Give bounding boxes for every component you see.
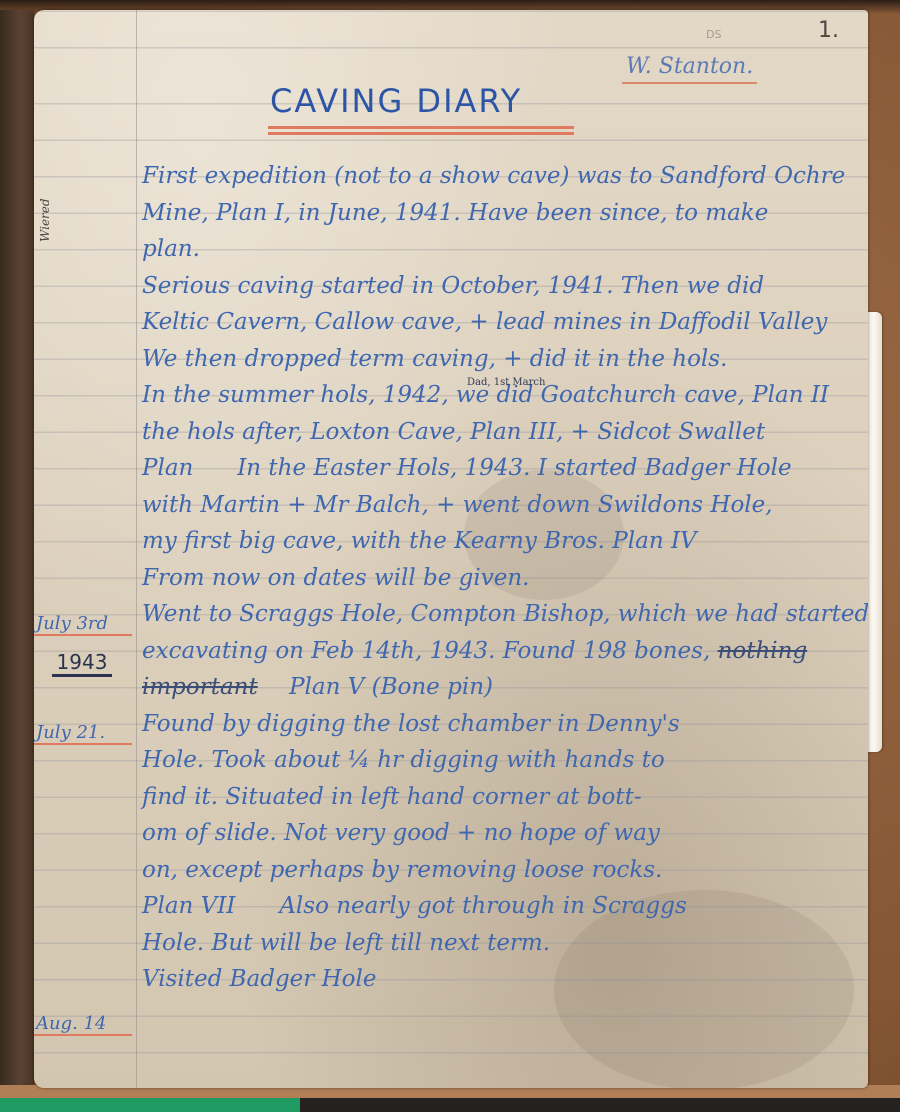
- text-line: First expedition (not to a show cave) wa…: [142, 158, 862, 195]
- margin-note: Wiered: [38, 198, 52, 242]
- text-line: my first big cave, with the Kearny Bros.…: [142, 523, 862, 560]
- page-tab-behind: [866, 312, 882, 752]
- text-line: Plan In the Easter Hols, 1943. I started…: [142, 450, 862, 487]
- entry-date-aug-14: Aug. 14: [34, 1013, 132, 1036]
- text-line: Serious caving started in October, 1941.…: [142, 268, 862, 305]
- diary-page: DS 1. W. Stanton. CAVING DIARY Wiered Ju…: [34, 10, 868, 1088]
- stamp-mark: DS: [706, 28, 721, 41]
- page-title: CAVING DIARY: [268, 82, 528, 126]
- text-line: with Martin + Mr Balch, + went down Swil…: [142, 487, 862, 524]
- text-line: From now on dates will be given.: [142, 560, 862, 597]
- text-line: Found by digging the lost chamber in Den…: [142, 706, 862, 743]
- text-segment: excavating on Feb 14th, 1943. Found 198 …: [142, 638, 710, 664]
- entry-year-1943: 1943: [52, 650, 112, 677]
- entry-date-july-21: July 21.: [34, 722, 132, 745]
- text-line: Keltic Cavern, Callow cave, + lead mines…: [142, 304, 862, 341]
- margin-line: [136, 10, 137, 1088]
- dark-surface-strip: [300, 1098, 900, 1112]
- text-line-with-strike: excavating on Feb 14th, 1943. Found 198 …: [142, 633, 862, 670]
- text-line: plan.: [142, 231, 862, 268]
- text-line: Plan VII Also nearly got through in Scra…: [142, 888, 862, 925]
- text-line-with-annotation: Dad, 1st March In the summer hols, 1942,…: [142, 377, 862, 414]
- text-line: Hole. But will be left till next term.: [142, 925, 862, 962]
- struck-out-word: nothing: [718, 638, 808, 664]
- entry-aug-14: Visited Badger Hole: [142, 961, 862, 998]
- text-line: Visited Badger Hole: [142, 961, 862, 998]
- diary-body: First expedition (not to a show cave) wa…: [142, 158, 862, 998]
- entry-july-3: Went to Scraggs Hole, Compton Bishop, wh…: [142, 596, 862, 706]
- annotation-superscript: Dad, 1st March: [467, 365, 545, 402]
- entry-date-july-3: July 3rd: [34, 613, 132, 636]
- text-line: Went to Scraggs Hole, Compton Bishop, wh…: [142, 596, 862, 633]
- text-segment: Plan V (Bone pin): [289, 674, 493, 700]
- text-line-with-strike: important Plan V (Bone pin): [142, 669, 862, 706]
- struck-out-word: important: [142, 674, 258, 700]
- entry-july-21: Found by digging the lost chamber in Den…: [142, 706, 862, 962]
- text-line: om of slide. Not very good + no hope of …: [142, 815, 862, 852]
- text-line: Mine, Plan I, in June, 1941. Have been s…: [142, 195, 862, 232]
- green-surface-strip: [0, 1098, 300, 1112]
- text-line: the hols after, Loxton Cave, Plan III, +…: [142, 414, 862, 451]
- author-signature: W. Stanton.: [622, 54, 757, 84]
- page-number: 1.: [818, 18, 839, 43]
- text-line: find it. Situated in left hand corner at…: [142, 779, 862, 816]
- entry-intro: First expedition (not to a show cave) wa…: [142, 158, 862, 596]
- text-line: on, except perhaps by removing loose roc…: [142, 852, 862, 889]
- notebook-spine: [0, 10, 34, 1100]
- title-double-underline: [268, 126, 574, 135]
- text-line: Hole. Took about ¼ hr digging with hands…: [142, 742, 862, 779]
